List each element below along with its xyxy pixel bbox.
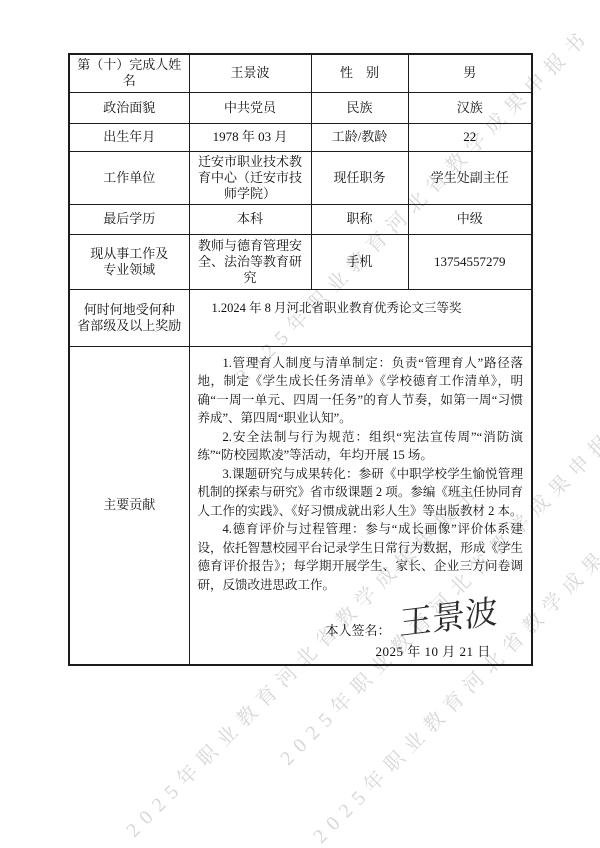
value-education: 本科 [189, 204, 311, 234]
value-professional-title: 中级 [408, 204, 532, 234]
label-work-unit: 工作单位 [69, 151, 189, 204]
label-birth-date: 出生年月 [69, 123, 189, 151]
signature-line: 本人签名： 王景波 [198, 600, 524, 640]
label-ethnicity: 民族 [311, 92, 408, 123]
value-gender: 男 [408, 54, 532, 92]
value-birth-date: 1978 年 03 月 [189, 123, 311, 151]
table-row: 最后学历 本科 职称 中级 [69, 204, 532, 234]
value-current-position: 学生处副主任 [408, 151, 532, 204]
value-work-field: 教师与德育管理安 全、法治等教育研 究 [189, 234, 311, 289]
signature-handwriting: 王景波 [399, 597, 498, 642]
label-completer-name: 第（十）完成人姓 名 [69, 54, 189, 92]
completer-info-table: 第（十）完成人姓 名 王景波 性 别 男 政治面貌 中共党员 民族 汉族 出生年… [68, 53, 533, 666]
value-work-unit: 迁安市职业技术教 育中心（迁安市技 师学院） [189, 151, 311, 204]
label-professional-title: 职称 [311, 204, 408, 234]
value-mobile: 13754557279 [408, 234, 532, 289]
table-row: 主要贡献 1.管理育人制度与清单制定：负责“管理育人”路径落地，制定《学生成长任… [69, 346, 532, 665]
signature-date: 2025 年 10 月 21 日 [198, 643, 524, 660]
contribution-paragraph: 2.安全法制与行为规范：组织“宪法宣传周”“消防演练”“防校园欺凌”等活动，年均… [198, 428, 524, 465]
document-page: 2025年职业教育河北省教学成果申报书 2025年职业教育河北省教学成果申报书 … [0, 0, 600, 848]
table-row: 何时何地受何种 省部级及以上奖励 1.2024 年 8 月河北省职业教育优秀论文… [69, 289, 532, 346]
label-mobile: 手机 [311, 234, 408, 289]
value-seniority: 22 [408, 123, 532, 151]
table-row: 工作单位 迁安市职业技术教 育中心（迁安市技 师学院） 现任职务 学生处副主任 [69, 151, 532, 204]
contributions-content: 1.管理育人制度与清单制定：负责“管理育人”路径落地，制定《学生成长任务清单》《… [189, 346, 532, 665]
value-ethnicity: 汉族 [408, 92, 532, 123]
signature-block: 本人签名： 王景波 2025 年 10 月 21 日 [198, 600, 524, 660]
table-row: 出生年月 1978 年 03 月 工龄/教龄 22 [69, 123, 532, 151]
table-row: 政治面貌 中共党员 民族 汉族 [69, 92, 532, 123]
value-awards: 1.2024 年 8 月河北省职业教育优秀论文三等奖 [189, 289, 532, 346]
value-completer-name: 王景波 [189, 54, 311, 92]
contribution-paragraph: 4.德育评价与过程管理：参与“成长画像”评价体系建设，依托智慧校园平台记录学生日… [198, 520, 524, 594]
label-current-position: 现任职务 [311, 151, 408, 204]
label-awards: 何时何地受何种 省部级及以上奖励 [69, 289, 189, 346]
contribution-paragraph: 3.课题研究与成果转化：参研《中职学校学生愉悦管理机制的探索与研究》省市级课题 … [198, 465, 524, 521]
label-contributions: 主要贡献 [69, 346, 189, 665]
label-work-field: 现从事工作及 专业领域 [69, 234, 189, 289]
table-row: 现从事工作及 专业领域 教师与德育管理安 全、法治等教育研 究 手机 13754… [69, 234, 532, 289]
label-seniority: 工龄/教龄 [311, 123, 408, 151]
label-political-status: 政治面貌 [69, 92, 189, 123]
value-political-status: 中共党员 [189, 92, 311, 123]
label-education: 最后学历 [69, 204, 189, 234]
label-gender: 性 别 [311, 54, 408, 92]
signature-label: 本人签名： [326, 622, 391, 640]
contribution-paragraph: 1.管理育人制度与清单制定：负责“管理育人”路径落地，制定《学生成长任务清单》《… [198, 354, 524, 428]
table-row: 第（十）完成人姓 名 王景波 性 别 男 [69, 54, 532, 92]
